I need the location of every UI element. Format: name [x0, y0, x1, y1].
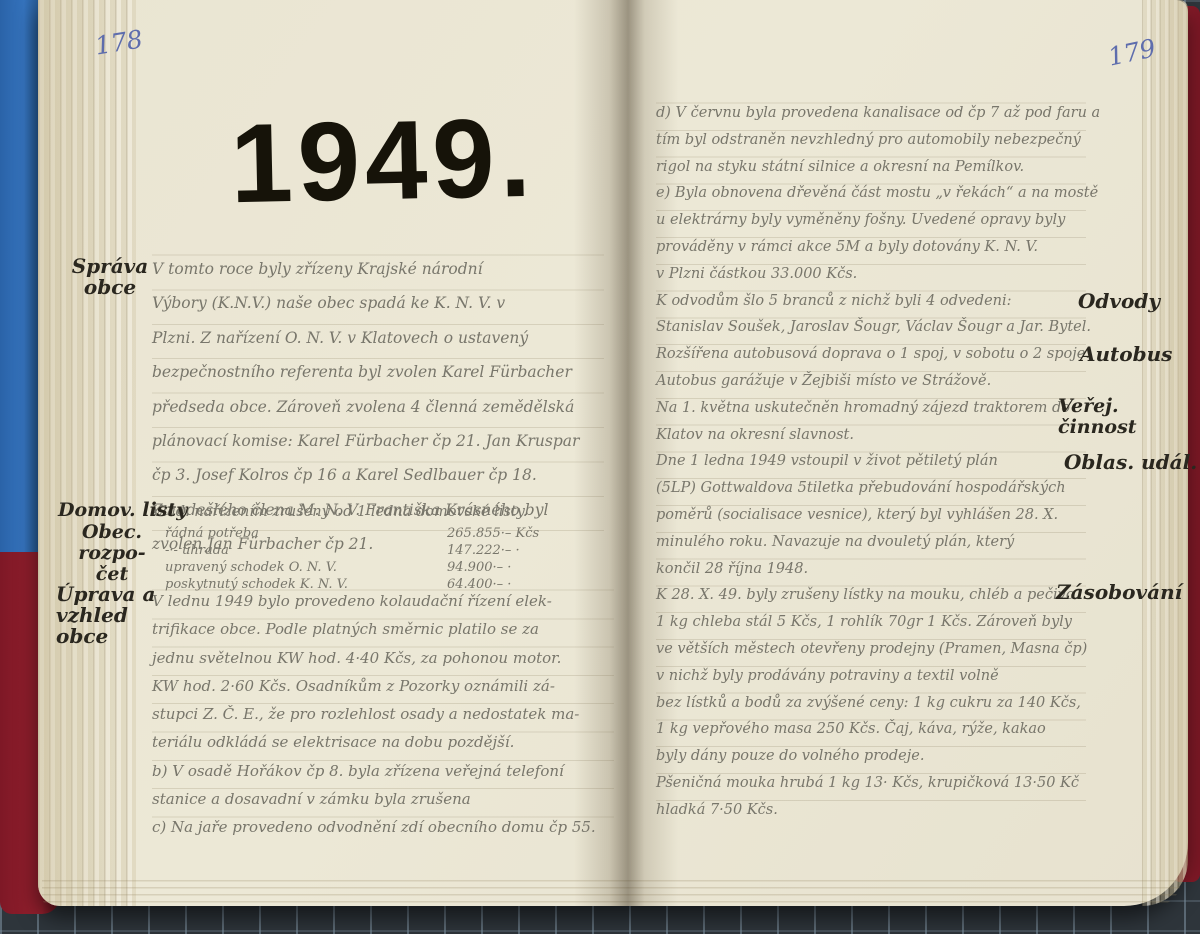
handwritten-line: b) V osadě Hořákov čp 8. byla zřízena ve… [152, 757, 614, 785]
handwritten-line: poměrů (socialisace vesnice), který byl … [656, 502, 1086, 529]
handwritten-line: stupci Z. Č. E., že pro rozlehlost osady… [152, 700, 614, 728]
budget-item-label: upravený schodek O. N. V. [165, 560, 337, 575]
budget-amount: 94.900·– · [447, 559, 597, 576]
handwritten-line: V lednu 1949 bylo provedeno kolaudační ř… [152, 587, 614, 615]
budget-item-label: -·- úhrada [165, 543, 229, 558]
margin-note-verejna-cinnost: Veřej. činnost [1058, 396, 1200, 438]
handwritten-line: v nichž byly prodávány potraviny a texti… [656, 663, 1086, 690]
handwritten-line: Pšeničná mouka hrubá 1 kg 13· Kčs, krupi… [656, 770, 1086, 797]
margin-note-domov-listy: Domov. listy [58, 500, 187, 521]
handwritten-line: bez lístků a bodů za zvýšené ceny: 1 kg … [656, 690, 1086, 717]
page-stack-edge-left [38, 0, 136, 906]
handwritten-line: trifikace obce. Podle platných směrnic p… [152, 615, 614, 643]
handwritten-line: 1 kg vepřového masa 250 Kčs. Čaj, káva, … [656, 716, 1086, 743]
margin-note-sprava-obce: Správa obce [62, 256, 158, 298]
budget-row: řádná potřeba 265.855·– Kčs [165, 525, 605, 542]
budget-amount: 265.855·– Kčs [447, 525, 597, 542]
handwritten-line: K odvodům šlo 5 branců z nichž byli 4 od… [656, 288, 1086, 315]
budget-amount: 147.222·– · [447, 542, 597, 559]
handwritten-line: prováděny v rámci akce 5M a byly dotován… [656, 234, 1086, 261]
handwritten-line: minulého roku. Navazuje na dvouletý plán… [656, 529, 1086, 556]
handwritten-line: ve větších městech otevřeny prodejny (Pr… [656, 636, 1086, 663]
handwritten-line: Stanislav Soušek, Jaroslav Šougr, Václav… [656, 314, 1086, 341]
handwritten-line: K 28. X. 49. byly zrušeny lístky na mouk… [656, 582, 1086, 609]
handwritten-line: d) V červnu byla provedena kanalisace od… [656, 100, 1086, 127]
margin-note-oblastni-udalosti: Oblas. udál. [1064, 452, 1197, 473]
margin-note-uprava-vzhled: Úprava a vzhled obce [56, 584, 174, 647]
handwritten-line: tím byl odstraněn nevzhledný pro automob… [656, 127, 1086, 154]
margin-note-zasobovani: Zásobování [1056, 582, 1182, 603]
handwritten-line: hladká 7·50 Kčs. [656, 797, 1086, 824]
handwritten-line: Na 1. května uskutečněn hromadný zájezd … [656, 395, 1086, 422]
blue-cover-edge [0, 0, 40, 588]
right-page-text: d) V červnu byla provedena kanalisace od… [656, 100, 1086, 824]
handwritten-line: u elektrárny byly vyměněny fošny. Uveden… [656, 207, 1086, 234]
budget-item-label: řádná potřeba [165, 526, 259, 541]
handwritten-line: plánovací komise: Karel Fürbacher čp 21.… [152, 424, 604, 458]
line-domovske-listy: Vlád. nařízením zrušeny od 1 ledna domov… [152, 504, 604, 520]
handwritten-line: Plzni. Z nařízení O. N. V. v Klatovech o… [152, 321, 604, 355]
budget-row: -·- úhrada 147.222·– · [165, 542, 605, 559]
handwritten-line: 1 kg chleba stál 5 Kčs, 1 rohlík 70gr 1 … [656, 609, 1086, 636]
margin-note-autobus: Autobus [1080, 344, 1172, 365]
budget-table: řádná potřeba 265.855·– Kčs -·- úhrada 1… [165, 525, 605, 593]
handwritten-line: Klatov na okresní slavnost. [656, 422, 1086, 449]
handwritten-line: jednu světelnou KW hod. 4·40 Kčs, za poh… [152, 644, 614, 672]
handwritten-line: Výbory (K.N.V.) naše obec spadá ke K. N.… [152, 286, 604, 320]
handwritten-line: v Plzni částkou 33.000 Kčs. [656, 261, 1086, 288]
handwritten-line: končil 28 října 1948. [656, 556, 1086, 583]
handwritten-line: bezpečnostního referenta byl zvolen Kare… [152, 355, 604, 389]
handwritten-line: předseda obce. Zároveň zvolena 4 členná … [152, 390, 604, 424]
handwritten-line: čp 3. Josef Kolros čp 16 a Karel Sedlbau… [152, 458, 604, 492]
handwritten-line: rigol na styku státní silnice a okresní … [656, 154, 1086, 181]
handwritten-line: (5LP) Gottwaldova 5tiletka přebudování h… [656, 475, 1086, 502]
handwritten-line: e) Byla obnovena dřevěná část mostu „v ř… [656, 180, 1086, 207]
handwritten-line: byly dány pouze do volného prodeje. [656, 743, 1086, 770]
handwritten-line: c) Na jaře provedeno odvodnění zdí obecn… [152, 813, 614, 841]
handwritten-line: teriálu odkládá se elektrisace na dobu p… [152, 728, 614, 756]
handwritten-line: Rozšířena autobusová doprava o 1 spoj, v… [656, 341, 1086, 368]
chronicle-book-scan: 178 1949. Správa obce Domov. listy Obec.… [0, 0, 1200, 934]
handwritten-line: V tomto roce byly zřízeny Krajské národn… [152, 252, 604, 286]
handwritten-line: Dne 1 ledna 1949 vstoupil v život pětile… [656, 448, 1086, 475]
handwritten-line: Autobus garážuje v Žejbiši místo ve Strá… [656, 368, 1086, 395]
year-title: 1949. [167, 92, 600, 230]
handwritten-line: KW hod. 2·60 Kčs. Osadníkům z Pozorky oz… [152, 672, 614, 700]
budget-row: upravený schodek O. N. V. 94.900·– · [165, 559, 605, 576]
margin-note-obec-rozpocet: Obec. rozpo- čet [58, 522, 166, 585]
handwritten-line: Vlád. nařízením zrušeny od 1 ledna domov… [152, 504, 604, 520]
paragraph-uprava-vzhled: V lednu 1949 bylo provedeno kolaudační ř… [152, 587, 614, 842]
handwritten-line: stanice a dosavadní v zámku byla zrušena [152, 785, 614, 813]
margin-note-odvody: Odvody [1078, 291, 1160, 312]
